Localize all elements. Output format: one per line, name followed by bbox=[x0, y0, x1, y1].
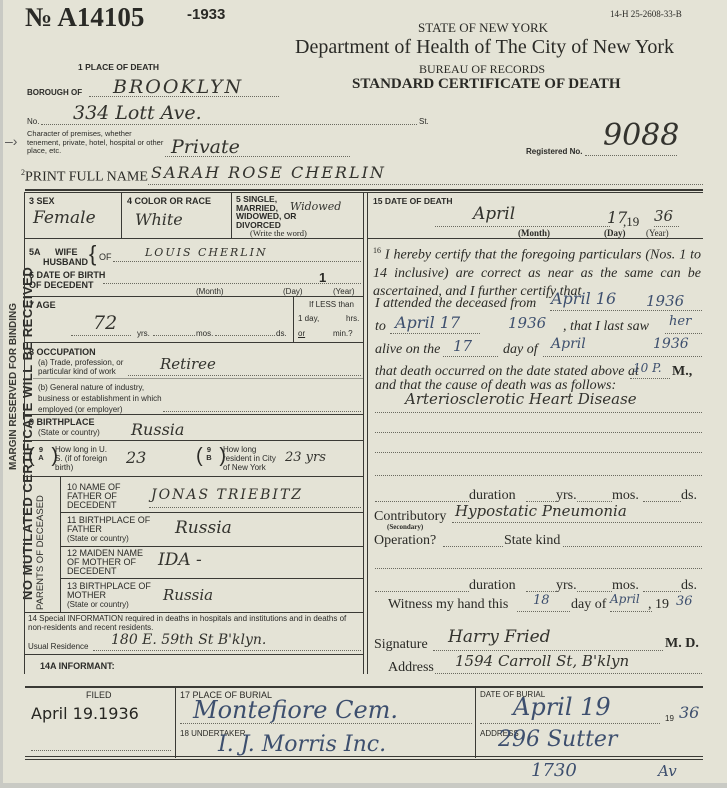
operation-label: Operation? bbox=[374, 533, 436, 549]
alive-month-value: April bbox=[551, 336, 586, 352]
certification-intro: I hereby certify that the foregoing part… bbox=[373, 248, 701, 299]
dob-day-label: (Day) bbox=[283, 287, 303, 296]
occupation-a-value: Retiree bbox=[160, 355, 216, 373]
dob-day-value: 1 bbox=[319, 270, 326, 285]
age-ds-label: ds. bbox=[276, 329, 287, 338]
us-long-label: How long in U. S. (if of foreign birth) bbox=[55, 445, 115, 472]
city-long-num: 9 B bbox=[204, 446, 214, 462]
street-address-value: 334 Lott Ave. bbox=[73, 102, 202, 124]
death-year-label: (Year) bbox=[646, 228, 669, 238]
full-name-label-text: PRINT FULL NAME bbox=[25, 170, 148, 185]
burial-year-prefix: 19 bbox=[665, 714, 674, 723]
or-label: or bbox=[298, 329, 305, 338]
duration-ds-label-2: ds. bbox=[681, 578, 697, 594]
borough-label: BOROUGH OF bbox=[27, 88, 82, 97]
day-of-label: day of bbox=[503, 342, 538, 358]
mother-birthplace-label: 13 BIRTHPLACE OF MOTHER bbox=[67, 582, 157, 600]
undertaker-value: I. J. Morris Inc. bbox=[218, 732, 386, 757]
borough-value: BROOKLYN bbox=[113, 76, 243, 98]
dob-month-label: (Month) bbox=[196, 287, 224, 296]
witness-day-value: 18 bbox=[533, 593, 550, 608]
witness-year-prefix: , 19 bbox=[648, 597, 669, 613]
witness-day-of-label: day of bbox=[571, 597, 606, 613]
signature-value: Harry Fried bbox=[448, 627, 551, 647]
death-year-prefix-text: 19 bbox=[626, 214, 639, 229]
form-year: -1933 bbox=[187, 6, 225, 23]
spouse-value: LOUIS CHERLIN bbox=[145, 246, 268, 259]
certificate-number: № A14105 bbox=[25, 2, 144, 33]
mother-birthplace-sub: (State or country) bbox=[67, 600, 129, 609]
father-name-label: 10 NAME OF FATHER OF DECEDENT bbox=[67, 483, 157, 510]
usual-residence-value: 180 E. 59th St B'klyn. bbox=[111, 632, 266, 648]
city-long-label: How long resident in City of New York bbox=[223, 445, 283, 472]
death-day-label: (Day) bbox=[604, 228, 626, 238]
hrs-label: hrs. bbox=[346, 314, 359, 323]
death-month-label: (Month) bbox=[518, 228, 550, 238]
spouse-label-num: 5A bbox=[29, 247, 41, 257]
physician-address-value: 1594 Carroll St, B'klyn bbox=[455, 652, 629, 670]
sex-value: Female bbox=[33, 208, 96, 228]
funeral-address-line2: 1730 bbox=[531, 760, 577, 781]
attended-from-value: April 16 bbox=[551, 289, 616, 308]
race-value: White bbox=[135, 210, 183, 229]
parents-of-deceased-label: PARENTS OF DECEASED bbox=[35, 495, 46, 610]
spouse-label-wife: WIFE bbox=[55, 247, 78, 257]
death-year-value: 36 bbox=[654, 207, 673, 225]
us-long-num: 9 A bbox=[36, 446, 46, 462]
duration-label-2: duration bbox=[469, 578, 516, 594]
sex-label: 3 SEX bbox=[29, 196, 55, 206]
margin-mutilated-notice: NO MUTILATED CERTIFICATE WILL BE RECEIVE… bbox=[20, 267, 35, 600]
secondary-label: (Secondary) bbox=[387, 523, 423, 531]
place-of-death-label: 1 PLACE OF DEATH bbox=[78, 62, 159, 72]
margin-binding-notice: MARGIN RESERVED FOR BINDING bbox=[8, 303, 19, 470]
filed-value: April 19.1936 bbox=[31, 704, 139, 723]
occupation-a-label: (a) Trade, profession, or particular kin… bbox=[38, 358, 148, 376]
witness-year-value: 36 bbox=[676, 594, 693, 609]
burial-place-value: Montefiore Cem. bbox=[193, 696, 398, 724]
brace: { bbox=[89, 242, 96, 266]
mother-name-value: IDA - bbox=[158, 550, 202, 570]
street-number-label: No. bbox=[27, 117, 39, 126]
funeral-address-suffix: Av bbox=[658, 762, 677, 780]
street-label: St. bbox=[419, 117, 429, 126]
father-birthplace-sub: (State or country) bbox=[67, 534, 129, 543]
usual-residence-label: Usual Residence bbox=[28, 642, 88, 651]
us-long-value: 23 bbox=[126, 448, 146, 467]
alive-on-label: alive on the bbox=[375, 342, 440, 358]
race-label: 4 COLOR OR RACE bbox=[127, 196, 211, 206]
full-name-label: 2PRINT FULL NAME bbox=[21, 168, 148, 186]
marital-hint: (Write the word) bbox=[250, 228, 307, 238]
witness-label: Witness my hand this bbox=[388, 597, 508, 613]
alive-day-value: 17 bbox=[453, 337, 472, 355]
age-label: 7 AGE bbox=[29, 300, 56, 310]
registered-number: 9088 bbox=[603, 118, 679, 153]
special-info-label: 14 Special INFORMATION required in death… bbox=[28, 614, 360, 632]
father-birthplace-label: 11 BIRTHPLACE OF FATHER bbox=[67, 516, 157, 534]
certificate-number-value: A14105 bbox=[57, 2, 144, 32]
spouse-of-label: OF bbox=[99, 252, 112, 262]
min-label: min.? bbox=[333, 329, 353, 338]
last-saw-label: , that I last saw bbox=[563, 319, 649, 335]
dob-label: 6 DATE OF BIRTH OF DECEDENT bbox=[29, 270, 119, 290]
father-name-value: JONAS TRIEBITZ bbox=[151, 487, 303, 503]
state-kind-label: State kind bbox=[504, 533, 560, 549]
full-name-value: SARAH ROSE CHERLIN bbox=[151, 163, 386, 182]
attended-to-value: April 17 bbox=[395, 313, 460, 332]
funeral-address-value: 296 Sutter bbox=[498, 727, 617, 752]
meridiem-label: M., bbox=[672, 364, 692, 380]
duration-yrs-label-2: yrs. bbox=[556, 578, 577, 594]
death-certificate: № A14105 -1933 14-H 25-2608-33-B STATE O… bbox=[3, 0, 727, 783]
marital-status-value: Widowed bbox=[290, 200, 341, 213]
premises-value: Private bbox=[171, 136, 240, 158]
attended-from-year: 1936 bbox=[646, 292, 684, 310]
registered-label: Registered No. bbox=[526, 147, 582, 156]
age-mos-label: mos. bbox=[196, 329, 213, 338]
witness-month-value: April bbox=[610, 592, 640, 606]
pencil-mark: –› bbox=[5, 133, 17, 149]
alive-year-value: 1936 bbox=[653, 336, 689, 352]
filed-label: FILED bbox=[86, 690, 112, 700]
physician-address-label: Address bbox=[388, 660, 434, 676]
bureau-heading: BUREAU OF RECORDS bbox=[419, 62, 545, 77]
birthplace-label: 9 BIRTHPLACE bbox=[29, 417, 95, 427]
occupation-label: 8 OCCUPATION bbox=[29, 347, 96, 357]
attended-to-year: 1936 bbox=[508, 314, 546, 332]
last-saw-value: her bbox=[669, 314, 691, 329]
father-birthplace-value: Russia bbox=[175, 518, 232, 538]
certification-number: 16 bbox=[373, 246, 381, 255]
age-years-value: 72 bbox=[93, 312, 117, 334]
informant-label: 14A INFORMANT: bbox=[40, 661, 115, 671]
contributory-value: Hypostatic Pneumonia bbox=[455, 502, 627, 520]
birthplace-value: Russia bbox=[131, 420, 184, 439]
certificate-title: STANDARD CERTIFICATE OF DEATH bbox=[352, 76, 621, 93]
occupation-b-label: (b) General nature of industry, business… bbox=[38, 382, 170, 415]
less-than-label: If LESS than bbox=[309, 300, 354, 309]
duration-ds-label-1: ds. bbox=[681, 488, 697, 504]
premises-label: Character of premises, whether tenement,… bbox=[27, 130, 167, 156]
department-heading: Department of Health of The City of New … bbox=[295, 36, 674, 59]
burial-date-value: April 19 bbox=[513, 693, 611, 721]
spouse-label-husband: HUSBAND bbox=[43, 257, 88, 267]
state-heading: STATE OF NEW YORK bbox=[418, 20, 548, 36]
birthplace-sub: (State or country) bbox=[38, 428, 100, 437]
dob-year-label: (Year) bbox=[333, 287, 355, 296]
death-month-value: April bbox=[473, 204, 515, 224]
mother-name-label: 12 MAIDEN NAME OF MOTHER OF DECEDENT bbox=[67, 549, 157, 576]
one-day-label: 1 day, bbox=[298, 314, 319, 323]
number-sign: № bbox=[25, 2, 52, 32]
date-of-death-label: 15 DATE OF DEATH bbox=[373, 196, 453, 206]
md-label: M. D. bbox=[665, 636, 699, 652]
city-long-value: 23 yrs bbox=[285, 450, 326, 465]
burial-year-value: 36 bbox=[679, 703, 699, 722]
cause-of-death-value: Arteriosclerotic Heart Disease bbox=[405, 390, 637, 408]
signature-label: Signature bbox=[374, 637, 428, 653]
mother-birthplace-value: Russia bbox=[163, 586, 213, 604]
attended-to-label: to bbox=[375, 319, 386, 335]
death-time-value: 10 P. bbox=[633, 361, 662, 375]
attended-from-label: I attended the deceased from bbox=[375, 296, 536, 312]
form-code: 14-H 25-2608-33-B bbox=[610, 9, 682, 19]
age-yrs-label: yrs. bbox=[137, 329, 150, 338]
